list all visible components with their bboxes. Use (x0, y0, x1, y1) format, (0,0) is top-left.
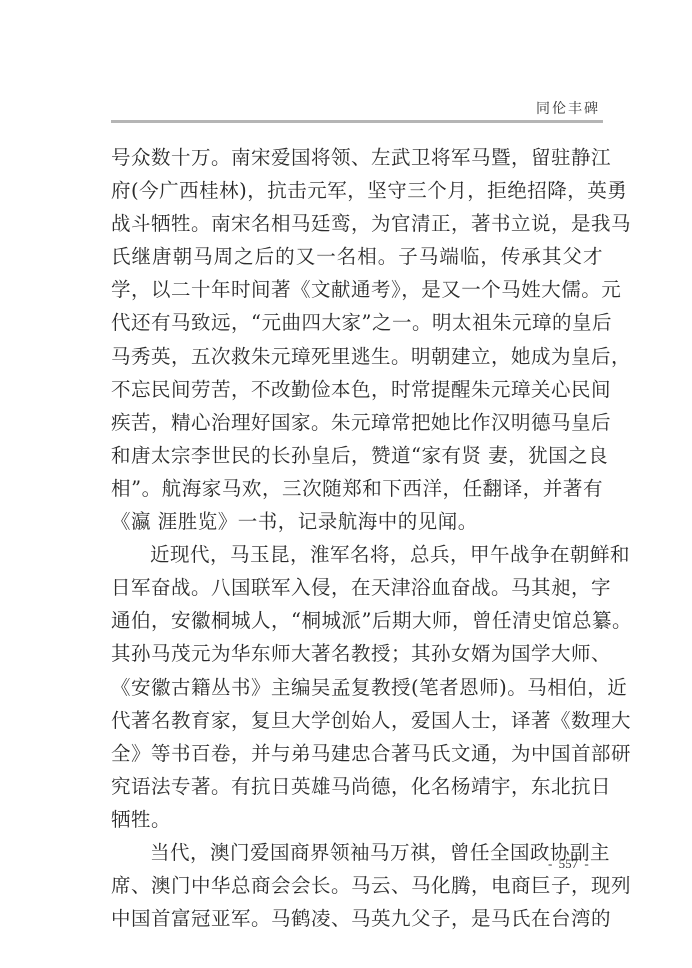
text-line: 《安徽古籍丛书》主编吴孟复教授(笔者恩师)。马相伯，近 (111, 671, 603, 704)
text-line: 全》等书百卷，并与弟马建忠合著马氏文通，为中国首部研 (111, 737, 603, 770)
text-line: 代还有马致远，“元曲四大家”之一。明太祖朱元璋的皇后 (111, 306, 603, 339)
page-number: - 557 - (548, 856, 589, 872)
paragraph-end-line: 《瀛 涯胜览》一书，记录航海中的见闻。 (111, 505, 603, 538)
text-line: 和唐太宗李世民的长孙皇后，赞道“家有贤 妻，犹国之良 (111, 439, 603, 472)
paragraph-start-line: 当代，澳门爱国商界领袖马万祺，曾任全国政协副主 (111, 836, 603, 869)
text-line: 战斗牺牲。南宋名相马廷鸾，为官清正，著书立说，是我马 (111, 207, 603, 240)
text-line: 氏继唐朝马周之后的又一名相。子马端临，传承其父才 (111, 240, 603, 273)
text-line: 其孙马茂元为华东师大著名教授；其孙女婿为国学大师、 (111, 637, 603, 670)
text-line: 马秀英，五次救朱元璋死里逃生。明朝建立，她成为皇后， (111, 340, 603, 373)
text-line: 日军奋战。八国联军入侵，在天津浴血奋战。马其昶，字 (111, 571, 603, 604)
text-line: 代著名教育家，复旦大学创始人，爱国人士，译著《数理大 (111, 704, 603, 737)
text-line: 中国首富冠亚军。马鹤凌、马英九父子，是马氏在台湾的 (111, 902, 603, 935)
text-line: 号众数十万。南宋爱国将领、左武卫将军马暨，留驻静江 (111, 141, 603, 174)
text-line: 通伯，安徽桐城人，“桐城派”后期大师，曾任清史馆总纂。 (111, 604, 603, 637)
paragraph-start-line: 近现代，马玉昆，淮军名将，总兵，甲午战争在朝鲜和 (111, 538, 603, 571)
running-head: 同伦丰碑 (536, 98, 600, 118)
body-text: 号众数十万。南宋爱国将领、左武卫将军马暨，留驻静江 府(今广西桂林)，抗击元军，… (111, 141, 603, 935)
text-line: 疾苦，精心治理好国家。朱元璋常把她比作汉明德马皇后 (111, 406, 603, 439)
text-line: 席、澳门中华总商会会长。马云、马化腾，电商巨子，现列 (111, 869, 603, 902)
text-line: 学，以二十年时间著《文献通考》，是又一个马姓大儒。元 (111, 273, 603, 306)
header-rule (111, 120, 603, 123)
text-line: 不忘民间劳苦，不改勤俭本色，时常提醒朱元璋关心民间 (111, 373, 603, 406)
text-line: 相”。航海家马欢，三次随郑和下西洋，任翻译，并著有 (111, 472, 603, 505)
text-line: 究语法专著。有抗日英雄马尚德，化名杨靖宇，东北抗日 (111, 770, 603, 803)
text-line: 府(今广西桂林)，抗击元军，坚守三个月，拒绝招降，英勇 (111, 174, 603, 207)
paragraph-end-line: 牺牲。 (111, 803, 603, 836)
